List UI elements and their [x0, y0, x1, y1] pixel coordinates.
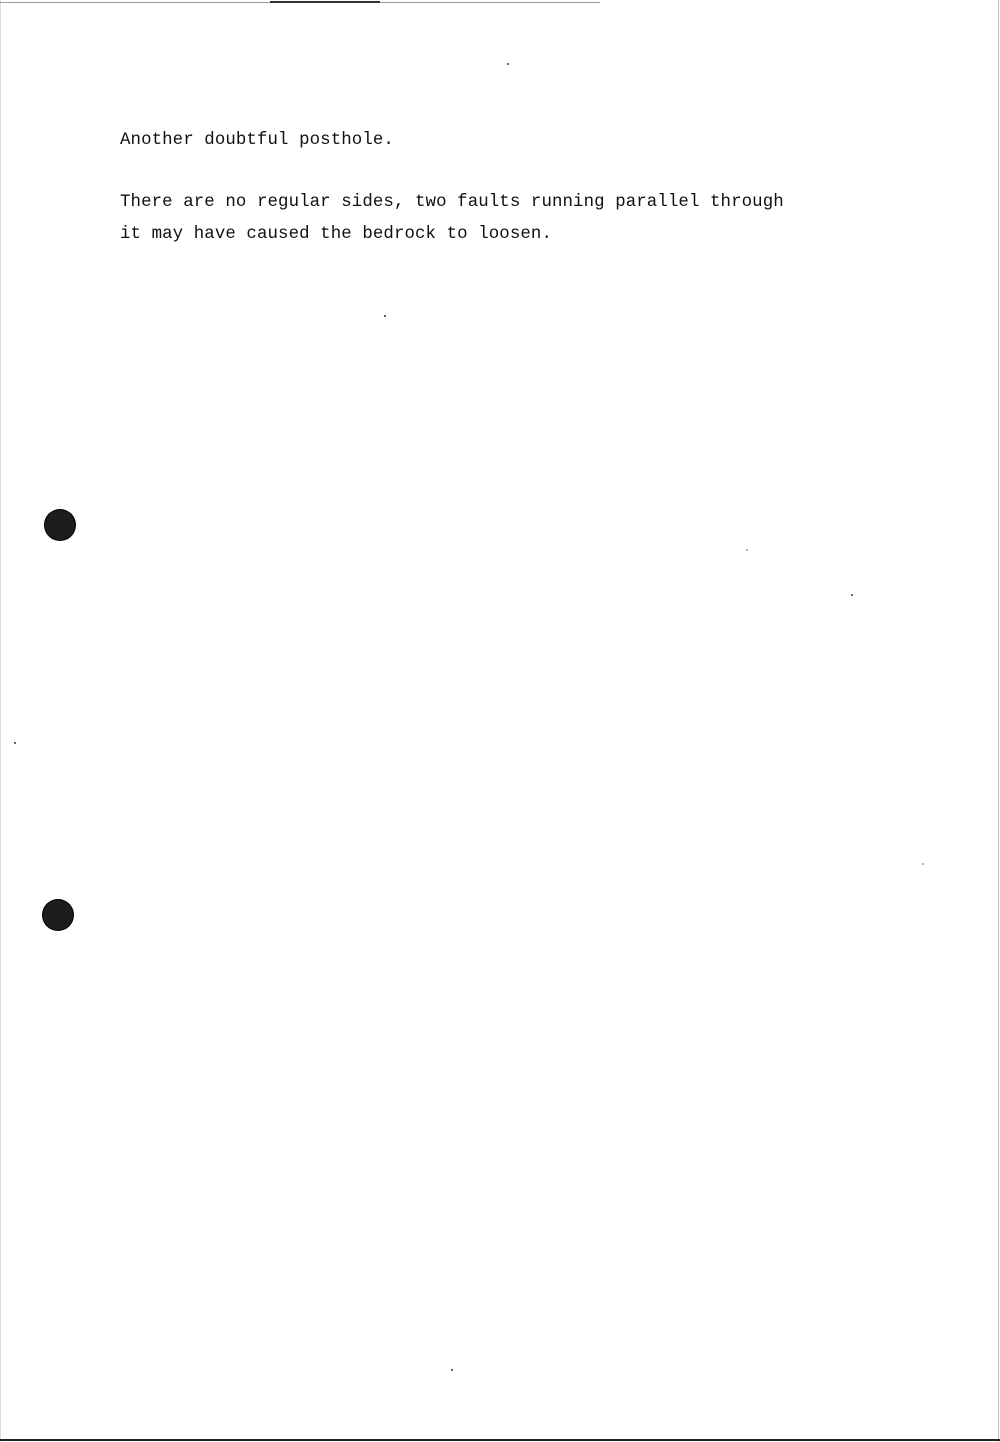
- scan-speck: [451, 1369, 453, 1371]
- punch-hole-icon: [43, 900, 73, 930]
- page-edge-top-mark: [270, 1, 380, 3]
- scanned-page: Another doubtful posthole. There are no …: [0, 0, 1000, 1442]
- page-edge-bottom: [0, 1439, 1000, 1441]
- scan-speck: [922, 863, 924, 865]
- body-line-2: it may have caused the bedrock to loosen…: [120, 225, 552, 244]
- scan-speck: [507, 63, 509, 65]
- punch-hole-icon: [45, 510, 75, 540]
- scan-speck: [384, 315, 386, 317]
- page-edge-left: [0, 0, 1, 1442]
- body-line-1: There are no regular sides, two faults r…: [120, 193, 784, 212]
- scan-speck: [14, 742, 16, 744]
- heading-line: Another doubtful posthole.: [120, 131, 394, 150]
- scan-speck: [851, 594, 853, 596]
- scan-speck: [746, 549, 748, 551]
- page-edge-right: [998, 0, 999, 1442]
